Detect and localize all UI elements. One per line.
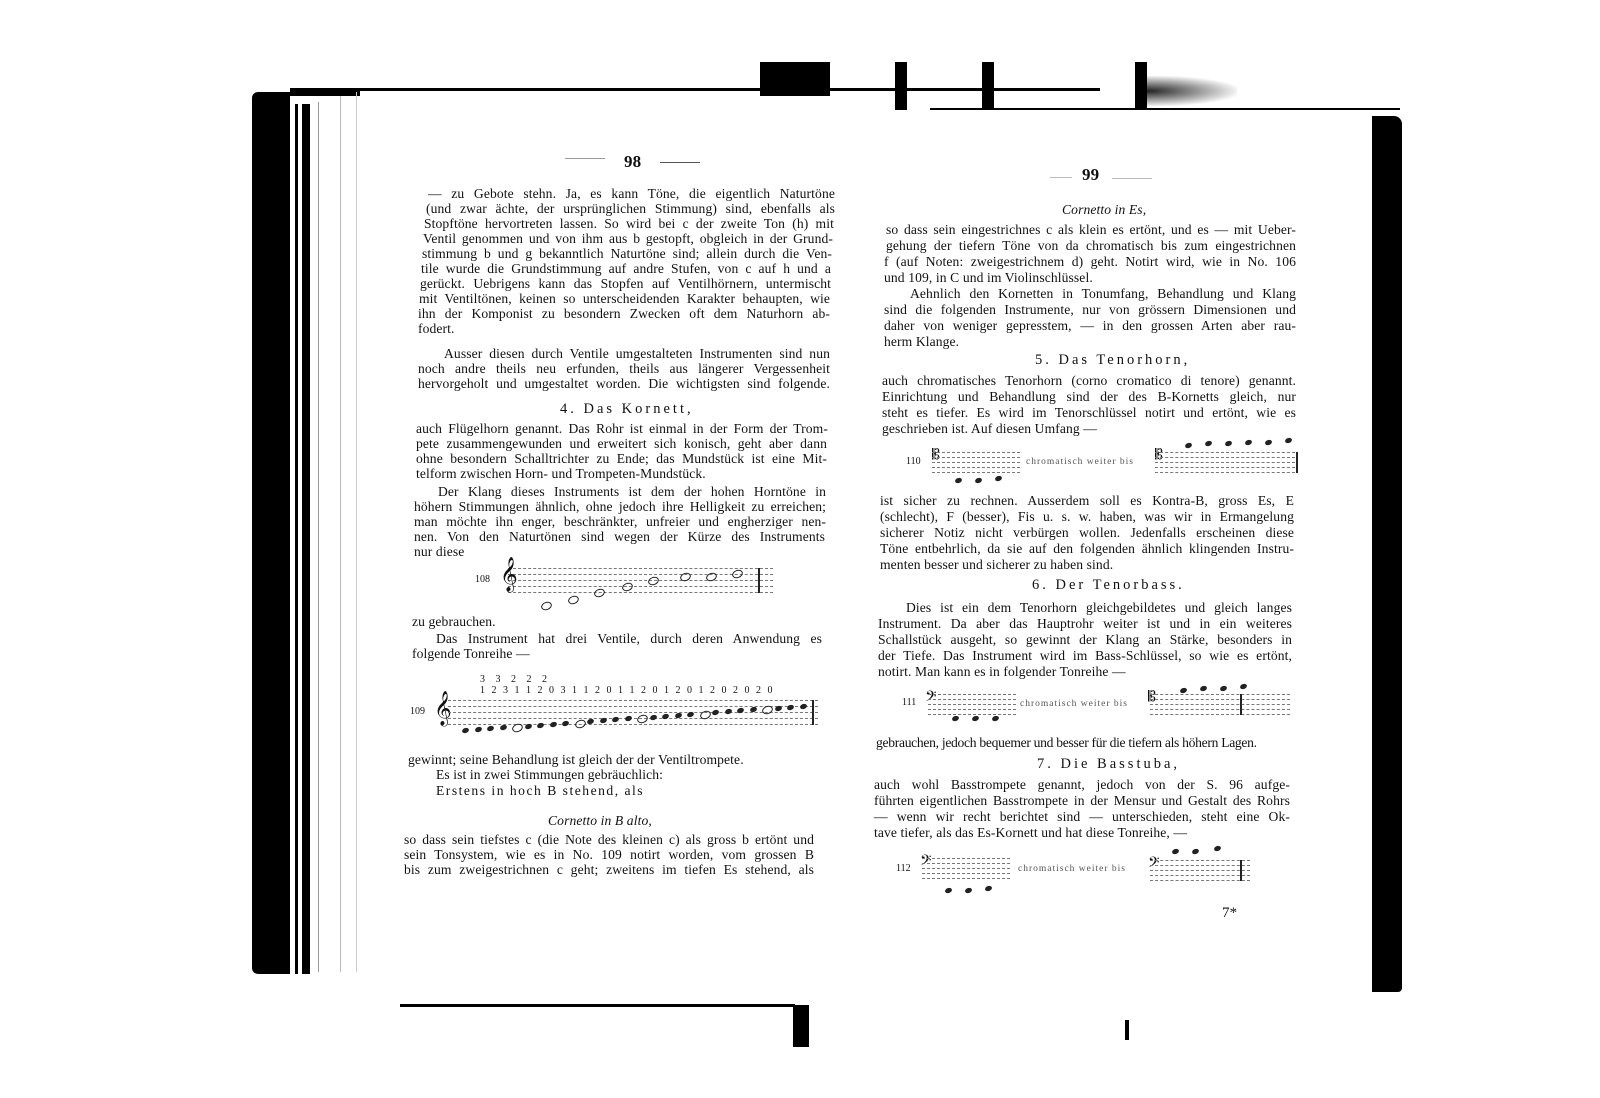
text-line: tile wurde die Grundstimmung auf andre S… <box>421 261 831 276</box>
text-line: — zu Gebote stehn. Ja, es kann Töne, die… <box>428 186 835 201</box>
text-line: — wenn wir recht berichtet sind — unters… <box>874 809 1290 824</box>
text-line: der Tiefe. Das Instrument wird im Bass-S… <box>878 648 1292 663</box>
text-line: Der Klang dieses Instruments ist dem der… <box>438 484 826 499</box>
text-line: Einrichtung und Behandlung sind der des … <box>882 389 1296 404</box>
text-line: höhern Stimmungen ähnlich, ohne jedoch i… <box>414 499 826 514</box>
text-line: folgende Tonreihe — <box>412 646 530 661</box>
section-heading: 6. Der Tenorbass. <box>1032 578 1185 593</box>
text-line: gebrauchen, jedoch bequemer und besser f… <box>876 735 1257 750</box>
fingering-row: 1 2 3 1 1 2 0 3 1 1 2 0 1 1 2 0 1 2 0 1 … <box>480 685 775 696</box>
text-line: f (auf Noten: zweigestrichnem d) geht. N… <box>884 254 1296 269</box>
chromatic-label: chromatisch weiter bis <box>1018 864 1126 874</box>
text-line: Schallstück ausgeht, so gewinnt der Klan… <box>878 632 1292 647</box>
text-line: sicherer Notiz nicht verbürgen wollen. J… <box>880 525 1294 540</box>
text-line: herm Klange. <box>884 334 959 349</box>
text-line: Das Instrument hat drei Ventile, durch d… <box>436 631 822 646</box>
text-line: auch chromatisches Tenorhorn (corno crom… <box>882 373 1296 388</box>
text-line: geschrieben ist. Auf diesen Umfang — <box>882 421 1097 436</box>
text-line: so dass sein tiefstes c (die Note des kl… <box>404 832 814 847</box>
text-line: Ventil genommen und von ihm aus b gestop… <box>423 231 833 246</box>
text-line: bis zum zweigestrichnen c geht; zweitens… <box>404 862 814 877</box>
subheading: Cornetto in B alto, <box>548 813 652 828</box>
signature-mark: 7* <box>1222 906 1237 921</box>
example-number: 109 <box>410 706 425 717</box>
text-line: Es ist in zwei Stimmungen gebräuchlich: <box>436 767 663 782</box>
text-line: notirt. Man kann es in folgender Tonreih… <box>878 664 1126 679</box>
staff <box>922 858 1010 878</box>
text-line: menten besser und sicherer zu haben sind… <box>880 557 1113 572</box>
text-line: Aehnlich den Kornetten in Tonumfang, Beh… <box>910 286 1296 301</box>
text-line: telform zwischen Horn- und Trompeten-Mun… <box>416 466 706 481</box>
text-line: noch andre theils neu erfunden, theils a… <box>418 361 830 376</box>
text-line: tave tiefer, als das Es-Kornett und hat … <box>874 825 1187 840</box>
subheading: Cornetto in Es, <box>1062 202 1146 217</box>
text-line: Erstens in hoch B stehend, als <box>436 783 644 798</box>
text-line: (schlecht), F (besser), Fis u. s. w. hab… <box>880 509 1294 524</box>
section-heading: 7. Die Basstuba, <box>1037 757 1180 772</box>
staff <box>1155 452 1295 472</box>
text-line: hervorgeholt und umgestaltet worden. Die… <box>418 376 830 391</box>
section-heading: 4. Das Kornett, <box>560 402 694 417</box>
text-line: mit Ventiltönen, keinen so unterscheiden… <box>419 291 830 306</box>
text-line: sind die folgenden Instrumente, nur von … <box>884 302 1296 317</box>
text-line: so dass sein eingestrichnes c als klein … <box>886 222 1296 237</box>
staff <box>1150 694 1290 714</box>
text-line: Töne entbehrlich, da sie auf den folgend… <box>880 541 1294 556</box>
text-line: gewinnt; seine Behandlung ist gleich der… <box>408 752 744 767</box>
treble-clef-icon: 𝄞 <box>500 560 518 590</box>
fingering-row-top: 3 3 2 2 2 <box>480 674 551 685</box>
text-line: gehung der tiefern Töne von da chromatis… <box>886 238 1296 253</box>
text-line: (und zwar ächte, der ursprünglichen Stim… <box>426 201 835 216</box>
text-line: zu gebrauchen. <box>412 614 496 629</box>
staff <box>1150 860 1250 880</box>
example-number: 110 <box>906 456 921 467</box>
page-number: 98 <box>624 154 641 169</box>
text-line: ist sicher zu rechnen. Ausserdem soll es… <box>880 493 1294 508</box>
text-line: und 109, in C und im Violinschlüssel. <box>884 270 1093 285</box>
header-rule <box>660 162 700 163</box>
text-line: ihn der Komponist zu besondern Zwecken o… <box>418 306 830 321</box>
text-line: Dies ist ein dem Tenorhorn gleichgebilde… <box>906 600 1292 615</box>
text-line: nur diese <box>414 544 464 559</box>
text-line: führten eigentlichen Basstrompete in der… <box>874 793 1290 808</box>
example-number: 108 <box>475 574 490 585</box>
text-line: ohne besondern Schalltrichter zu Ende; d… <box>416 451 827 466</box>
staff <box>932 452 1020 472</box>
chromatic-label: chromatisch weiter bis <box>1026 457 1134 467</box>
text-line: pete zusammengewunden und erweitert sich… <box>416 436 827 451</box>
text-line: daher von weniger gepresstem, — in den g… <box>884 318 1296 333</box>
text-line: fodert. <box>418 321 455 336</box>
text-line: nen. Von den Naturtönen sind wegen der K… <box>414 529 825 544</box>
staff <box>928 694 1016 714</box>
section-heading: 5. Das Tenorhorn, <box>1035 353 1190 368</box>
header-rule <box>1112 178 1152 179</box>
text-line: Ausser diesen durch Ventile umgestaltete… <box>444 346 830 361</box>
text-line: stimmung b und g bekanntlich Naturtöne s… <box>422 246 832 261</box>
text-line: auch Flügelhorn genannt. Das Rohr ist ei… <box>416 421 828 436</box>
header-rule <box>565 158 605 159</box>
page-number: 99 <box>1082 167 1099 182</box>
example-number: 111 <box>902 697 916 708</box>
text-line: steht es tiefer. Es wird im Tenorschlüss… <box>882 405 1296 420</box>
chromatic-label: chromatisch weiter bis <box>1020 699 1128 709</box>
text-line: Instrument. Da aber das Hauptrohr weiter… <box>878 616 1292 631</box>
text-line: man möchte ihn enger, beschränkter, unfr… <box>414 514 826 529</box>
header-rule <box>1050 177 1072 178</box>
text-line: auch wohl Basstrompete genannt, jedoch v… <box>874 777 1290 792</box>
text-line: gerückt. Uebrigens kann das Stopfen auf … <box>420 276 831 291</box>
text-line: sein Tonsystem, wie es in No. 109 notirt… <box>404 847 814 862</box>
text-line: Stopftöne hervortreten lassen. So wird b… <box>424 216 834 231</box>
example-number: 112 <box>896 863 911 874</box>
